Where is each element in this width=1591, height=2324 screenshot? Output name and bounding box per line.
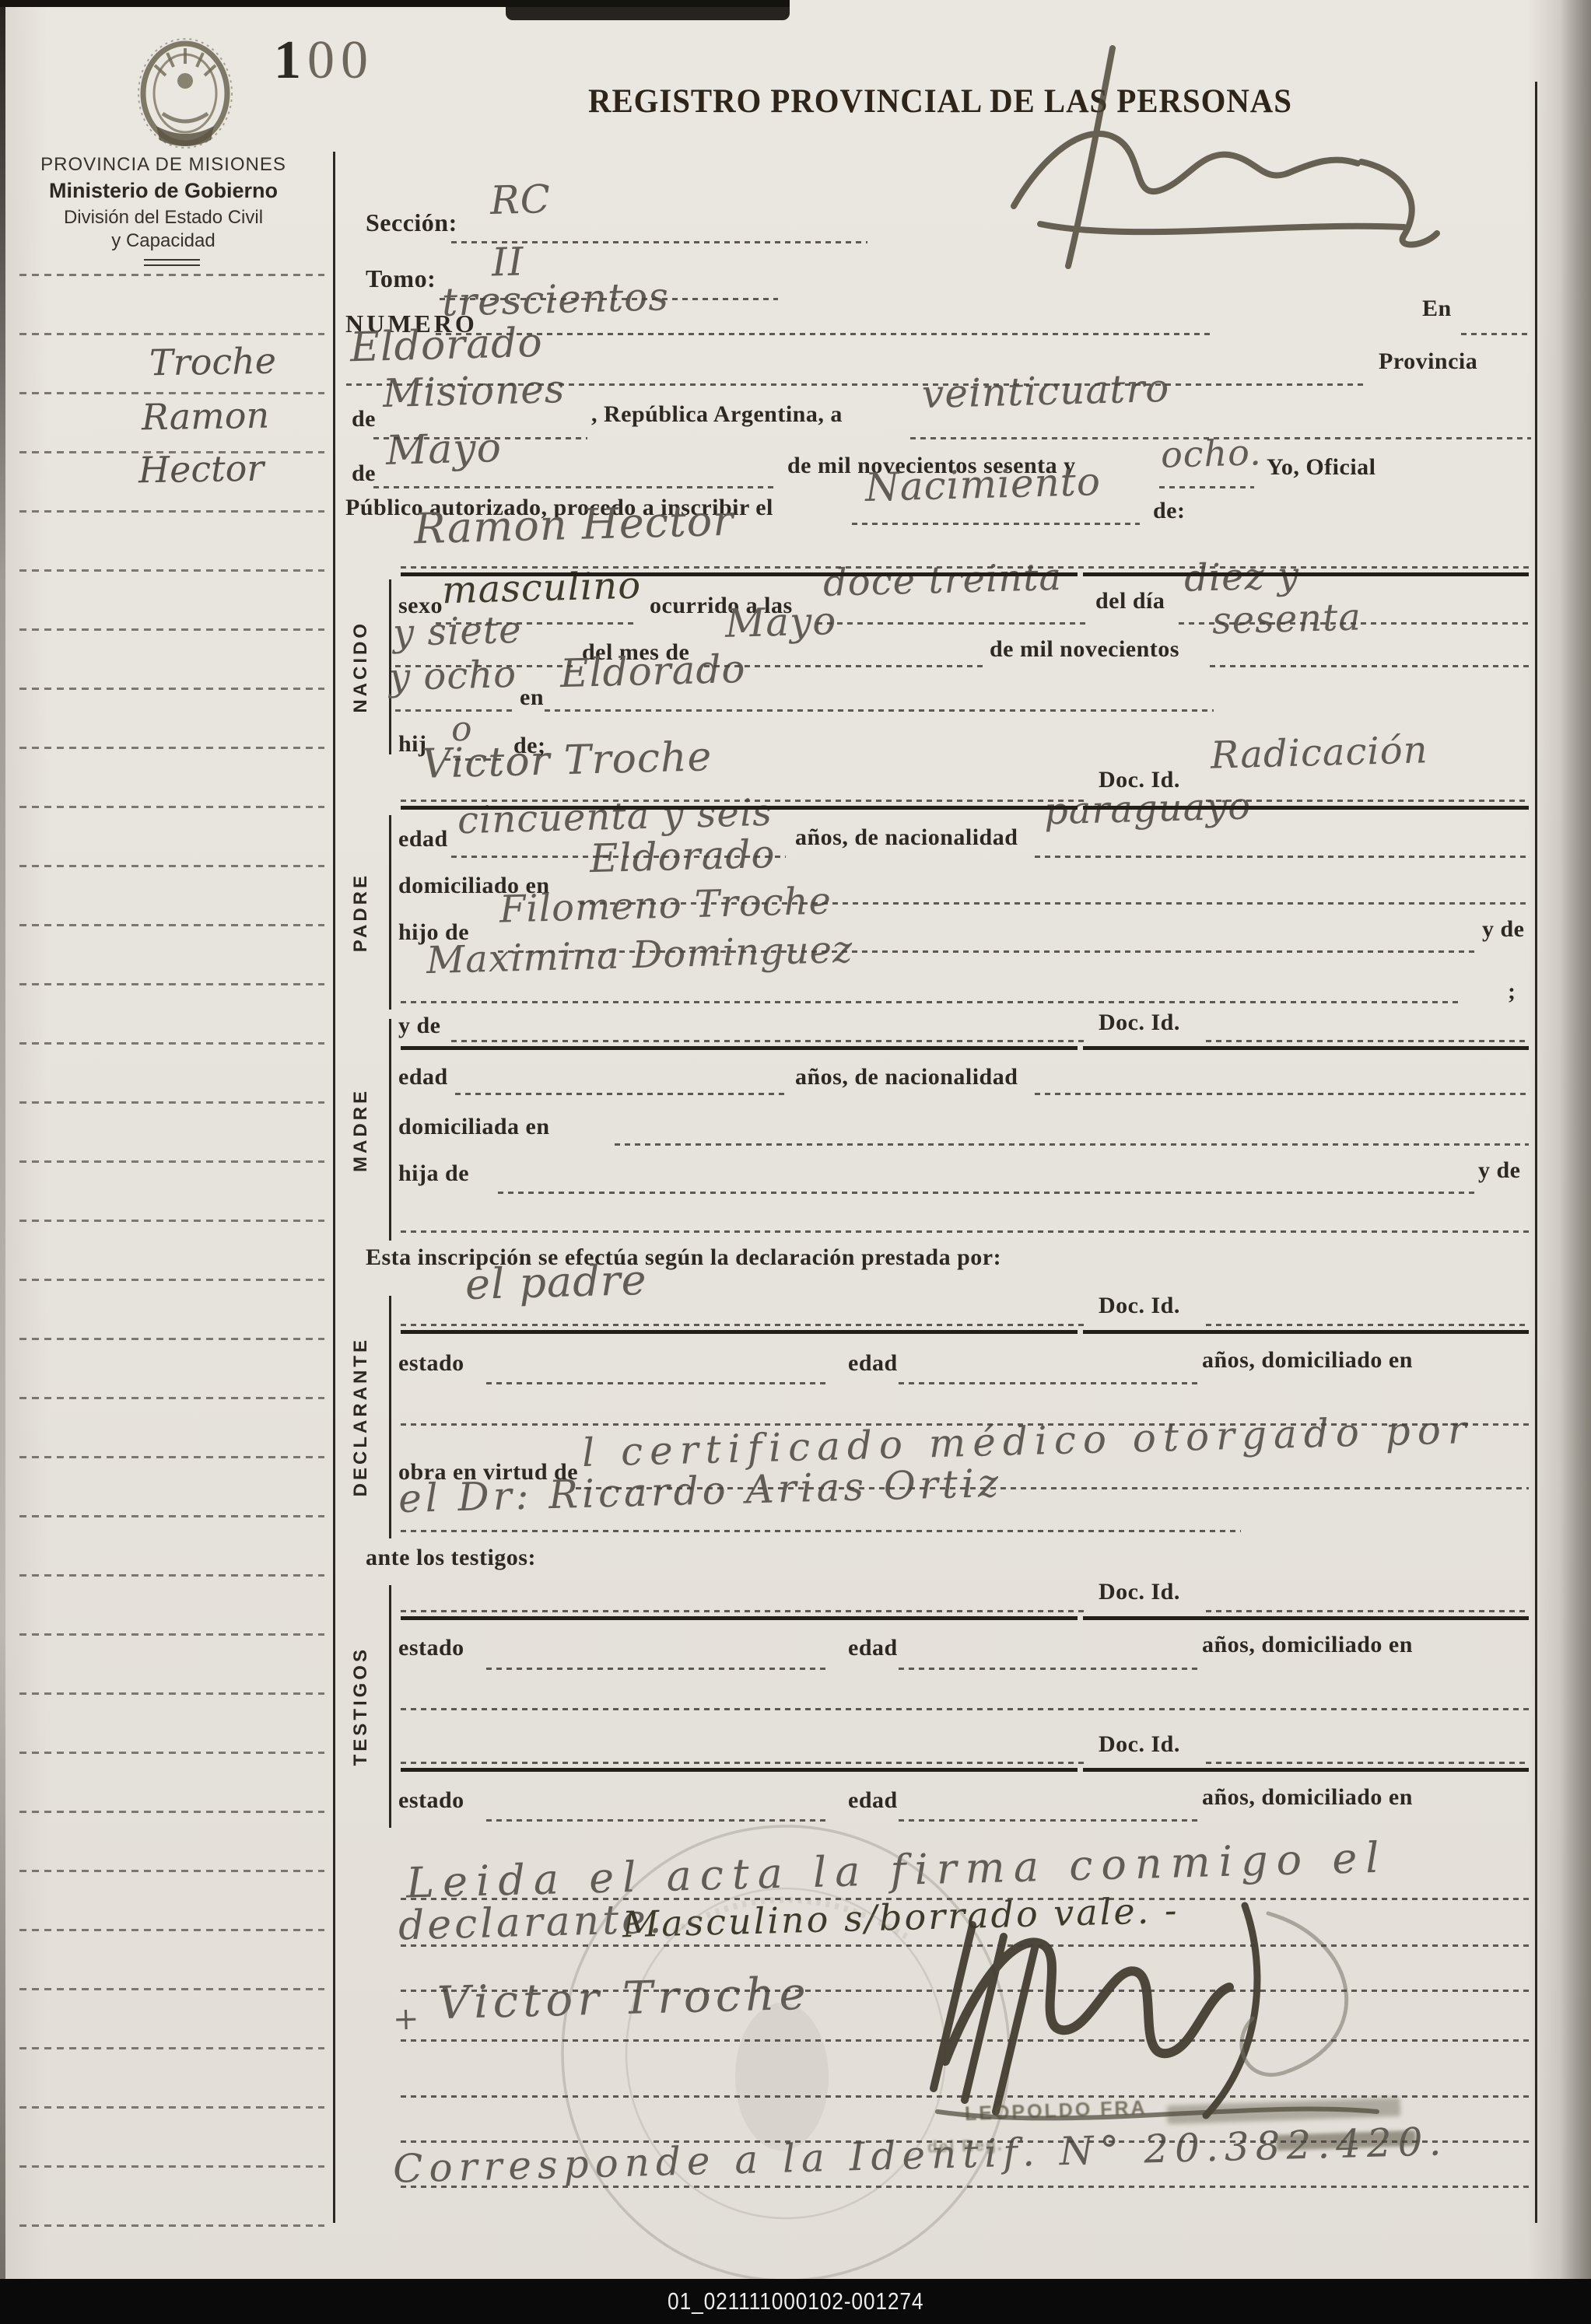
ruled-line [1461,333,1531,335]
heavy-rule [1083,1616,1529,1620]
dia-value-a-handwriting: diez y [1183,557,1299,597]
heavy-rule [1083,572,1529,576]
margin-ruled-line [19,274,324,276]
org-line-provincia: PROVINCIA DE MISIONES [0,154,327,176]
section-label-declarante: DECLARANTE [336,1296,386,1538]
ruled-line [401,1898,1529,1900]
seccion-value-handwriting: RC [489,180,551,220]
ruled-line [704,665,984,667]
madre-doc-label: Doc. Id. [1099,1010,1180,1036]
margin-ruled-line [19,1811,324,1813]
testigo1-doc-label: Doc. Id. [1099,1579,1180,1605]
ruled-line [1035,1093,1529,1095]
testigo1-domicilio-label: años, domiciliado en [1202,1632,1413,1658]
section-label-padre: PADRE [336,815,386,1010]
margin-ruled-line [19,1692,324,1695]
ruled-line [436,333,1214,335]
margin-ruled-line [19,1397,324,1399]
heavy-rule [401,1768,1078,1772]
form-right-border [1535,82,1537,2223]
testigo1-edad-label: edad [848,1635,898,1661]
ruled-line [498,1192,1474,1194]
margin-ruled-line [19,1042,324,1045]
declarante-value-handwriting: el padre [464,1259,647,1306]
testigo2-doc-label: Doc. Id. [1099,1731,1180,1758]
de2-label: de [352,460,376,487]
heavy-rule [401,572,1078,576]
anio2-value-b-handwriting: y ocho [388,656,517,696]
ruled-line [373,437,587,439]
padre-doc-value-handwriting: Radicación [1210,731,1428,774]
ruled-line [401,1001,1463,1003]
ruled-line [401,2095,1529,2098]
tomo-value-handwriting: II [491,242,524,282]
ruled-line [1206,1324,1529,1326]
org-underline [144,264,200,266]
ruled-line [899,1668,1198,1670]
org-underline [144,259,200,261]
org-line-division: División del Estado Civil [0,207,327,229]
page-number: 100 [274,30,374,92]
anio2-value-a-handwriting: sesenta [1211,598,1361,639]
ruled-line [401,1423,1529,1426]
ruled-line [498,950,1477,953]
margin-ruled-line [19,1574,324,1577]
page-number-zeroes: 00 [307,30,374,90]
dia-label: del día [1095,588,1165,614]
ruled-line [401,800,1085,802]
paper-right-edge [1560,0,1591,2324]
margin-ruled-line [19,1279,324,1281]
ruled-line [817,622,1085,625]
margin-ruled-line [19,747,324,749]
heavy-rule [1083,1768,1529,1772]
provincia-value-handwriting: Misiones [382,369,566,413]
margin-ruled-line [19,1929,324,1931]
margin-ruled-line [19,865,324,867]
testigos-intro-label: ante los testigos: [366,1545,536,1571]
ruled-line [401,1708,1529,1710]
section-label-madre: MADRE [336,1019,386,1241]
ruled-line [401,566,1529,569]
testigos-bracket [389,1585,391,1828]
ruled-line [615,1143,1529,1146]
padre-nombre-handwriting: Victor Troche [421,737,712,785]
scanned-birth-record-page: 100 PROVINCIA DE MISIONES Ministerio de … [0,0,1591,2324]
margin-ruled-line [19,1101,324,1104]
ruled-line [445,758,502,761]
ruled-line [451,241,867,243]
madre-bracket [389,1019,391,1241]
ruled-line [852,523,1140,525]
heavy-rule [1083,1046,1529,1050]
tomo-label: Tomo: [366,264,436,293]
provincia-label: Provincia [1379,348,1477,375]
madre-nacionalidad-label: años, de nacionalidad [795,1064,1018,1090]
ruled-line [486,1819,829,1822]
heavy-rule [401,806,1078,810]
ruled-line [401,2039,1529,2042]
margin-ruled-line [19,1752,324,1754]
margin-ruled-line [19,1456,324,1458]
padre-nacionalidad-label: años, de nacionalidad [795,824,1018,851]
margin-ruled-line [19,924,324,926]
margin-ruled-line [19,1338,324,1340]
obra-value-a-handwriting: l certificado médico otorgado por [582,1410,1474,1472]
abuelo-paterno-handwriting: Filomeno Troche [499,882,832,928]
declarante-edad-label: edad [848,1350,898,1377]
ruled-line [395,709,513,712]
ruled-line [1179,622,1529,625]
scan-left-edge [0,0,5,2324]
madre-domicilio-label: domiciliada en [398,1114,550,1140]
page-number-first-digit: 1 [274,30,307,90]
ruled-line [486,1382,829,1384]
de3-label: de: [1153,498,1186,524]
anio2-label: de mil novecientos [990,636,1179,663]
mes-value-handwriting: Mayo [385,428,502,471]
dia-value-b-handwriting: y siete [392,611,522,652]
testigo2-domicilio-label: años, domiciliado en [1202,1784,1413,1811]
ruled-line [401,2186,1529,2188]
hora-value-handwriting: doce treinta [822,558,1062,602]
margin-ruled-line [19,1988,324,1990]
official-signature-top [969,39,1467,272]
margin-ruled-line [19,392,324,394]
ruled-line [486,1668,829,1670]
ruled-line [346,383,1365,386]
section-label-testigos: TESTIGOS [336,1585,386,1828]
ruled-line [545,709,1214,712]
section-label-nacido: NACIDO [336,579,386,754]
testigo2-estado-label: estado [398,1787,464,1814]
ruled-line [401,1530,1241,1532]
declarante-domicilio-label: años, domiciliado en [1202,1347,1413,1374]
margin-ruled-line [19,333,324,335]
heavy-rule [1083,1330,1529,1334]
padre-fin-label: ; [1508,978,1516,1005]
margin-ruled-line [19,1633,324,1636]
margin-name-handwriting: Ramon [142,394,270,439]
lugar-value-handwriting: Eldorado [349,323,543,368]
ruled-line [440,298,778,300]
heavy-rule [401,1330,1078,1334]
misiones-coat-of-arms-icon [127,31,244,156]
lugar2-value-handwriting: Eldorado [559,649,746,693]
anio-value-handwriting: ocho. [1160,434,1262,472]
ruled-line [451,1040,1085,1042]
org-line-ministerio: Ministerio de Gobierno [0,179,327,203]
en-label: En [1422,296,1452,322]
margin-ruled-line [19,688,324,690]
ruled-line [436,622,638,625]
testigo2-edad-label: edad [848,1787,898,1814]
ruled-line [395,665,576,667]
madre-y-de2-label: y de [1478,1157,1521,1184]
margin-ruled-line [19,569,324,572]
ruled-line [373,486,778,488]
scan-top-shadow [506,0,790,20]
seccion-label: Sección: [366,208,457,237]
de-label: de [352,406,376,432]
margin-ruled-line [19,1220,324,1222]
republica-label: , República Argentina, a [591,401,843,428]
declarante-estado-label: estado [398,1350,464,1377]
ruled-line [451,856,786,858]
padre-y-de-label: y de [1482,916,1525,943]
madre-y-de-label: y de [398,1013,441,1039]
madre-edad-label: edad [398,1064,448,1090]
heavy-rule [401,1616,1078,1620]
heavy-rule [1083,806,1529,810]
ruled-line [899,1819,1198,1822]
ruled-line [580,902,1529,905]
ruled-line [401,1990,1529,1992]
scan-id-bar: 01_021111000102-001274 [0,2279,1591,2324]
ruled-line [1035,856,1529,858]
margin-ruled-line [19,2047,324,2049]
ruled-line [401,1762,1085,1764]
margin-ruled-line [19,2224,324,2227]
en2-label: en [520,684,544,711]
ruled-line [401,2140,1529,2143]
margin-ruled-line [19,1160,324,1163]
margin-ruled-line [19,628,324,631]
margin-ruled-line [19,983,324,985]
margin-ruled-line [19,451,324,453]
ruled-line [1159,486,1254,488]
ruled-line [401,1944,1529,1947]
margin-surname-handwriting: Troche [149,340,277,384]
margin-ruled-line [19,1515,324,1517]
ruled-line [455,1093,786,1095]
ruled-line [1206,800,1529,802]
ruled-line [910,437,1531,439]
ruled-line [1206,1610,1529,1612]
margin-ruled-line [19,806,324,808]
ruled-line [1210,665,1529,667]
declarante-bracket [389,1296,391,1538]
org-line-capacidad: y Capacidad [0,230,327,252]
abuela-paterna-handwriting: Maximina Dominguez [426,931,853,979]
firma-cruz-mark: + [392,2004,420,2035]
margin-ruled-line [19,2165,324,2168]
ruled-line [899,1382,1198,1384]
margin-ruled-line [19,1870,324,1872]
padre-bracket [389,815,391,1010]
ruled-line [401,1610,1085,1612]
ruled-line [1206,1040,1529,1042]
declaracion-intro-label: Esta inscripción se efectúa según la dec… [366,1244,1001,1271]
ruled-line [1206,1762,1529,1764]
margin-name-handwriting: Hector [138,447,265,492]
ruled-line [401,1230,1529,1233]
madre-hija-de-label: hija de [398,1160,469,1187]
acto-value-handwriting: Nacimiento [864,462,1101,507]
form-left-divider [333,152,335,2223]
heavy-rule [401,1046,1078,1050]
oficial-label: Yo, Oficial [1267,454,1376,481]
fecha-dia-handwriting: veinticuatro [921,369,1169,414]
margin-ruled-line [19,510,324,513]
testigo1-estado-label: estado [398,1635,464,1661]
nacido-nombre-handwriting: Ramon Hector [413,500,734,551]
margin-ruled-line [19,2106,324,2109]
padre-edad-label: edad [398,826,448,852]
ruled-line [401,1324,1085,1326]
scan-id-text: 01_021111000102-001274 [668,2287,923,2315]
declarante-doc-label: Doc. Id. [1099,1293,1180,1319]
ruled-line [576,1487,1529,1489]
